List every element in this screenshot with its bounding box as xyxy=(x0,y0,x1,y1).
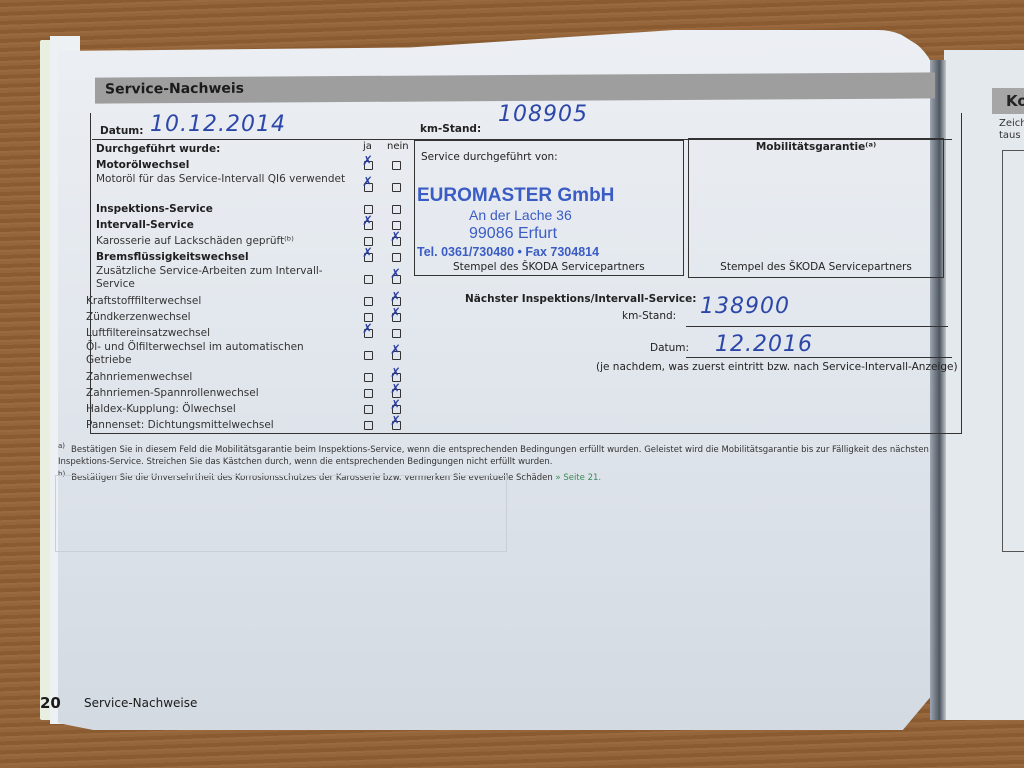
page-link[interactable]: » Seite 21. xyxy=(555,473,601,483)
service-box-caption: Stempel des ŠKODA Servicepartners xyxy=(453,261,645,273)
next-datum-label: Datum: xyxy=(650,342,689,354)
next-service-heading: Nächster Inspektions/Intervall-Service: xyxy=(465,293,696,305)
checkbox-nein[interactable] xyxy=(392,221,401,230)
checkbox-nein[interactable] xyxy=(392,161,401,170)
checklist-item: Öl- und Ölfilterwechsel im automatischen… xyxy=(86,341,416,369)
checklist-item: Motoröl für das Service-Intervall QI6 ve… xyxy=(86,173,416,201)
checklist-item-label: Kraftstofffilterwechsel xyxy=(86,293,346,309)
checklist-item-label: Zahnriemen-Spannrollenwechsel xyxy=(86,385,346,401)
checkbox-nein[interactable] xyxy=(392,313,401,322)
checkbox-ja[interactable] xyxy=(364,161,373,170)
stamp-city: 99086 Erfurt xyxy=(469,225,557,243)
checkbox-ja[interactable] xyxy=(364,183,373,192)
checklist-item: Luftfiltereinsatzwechsel xyxy=(86,325,416,341)
service-box-label: Service durchgeführt von: xyxy=(421,151,558,163)
checkbox-ja[interactable] xyxy=(364,275,373,284)
checklist-item-label: Zahnriemenwechsel xyxy=(86,369,346,385)
stamp-company: EUROMASTER GmbH xyxy=(417,185,614,207)
section-header: Service-Nachweis xyxy=(95,72,935,103)
next-km-label: km-Stand: xyxy=(622,310,676,322)
checkbox-ja[interactable] xyxy=(364,389,373,398)
checklist-item-label: Motorölwechsel xyxy=(96,157,356,173)
next-service-note: (je nachdem, was zuerst eintritt bzw. na… xyxy=(596,361,958,373)
checkbox-ja[interactable] xyxy=(364,237,373,246)
mobility-guarantee-box: Mobilitätsgarantie⁽ᵃ⁾ Stempel des ŠKODA … xyxy=(688,138,944,278)
checkbox-nein[interactable] xyxy=(392,351,401,360)
checkbox-ja[interactable] xyxy=(364,421,373,430)
mobility-title: Mobilitätsgarantie⁽ᵃ⁾ xyxy=(689,141,943,153)
page-footer-title: Service-Nachweise xyxy=(84,696,197,710)
checkbox-nein[interactable] xyxy=(392,237,401,246)
checklist-item: Zahnriemenwechsel xyxy=(86,369,416,385)
checkbox-ja[interactable] xyxy=(364,253,373,262)
checkbox-ja[interactable] xyxy=(364,221,373,230)
checkbox-ja[interactable] xyxy=(364,297,373,306)
datum-label: Datum: xyxy=(100,125,143,137)
right-page-header: Ko xyxy=(992,88,1024,114)
checkbox-ja[interactable] xyxy=(364,329,373,338)
next-datum-value[interactable]: 12.2016 xyxy=(715,332,813,357)
mobility-caption: Stempel des ŠKODA Servicepartners xyxy=(689,261,943,273)
checklist-item: Haldex-Kupplung: Ölwechsel xyxy=(86,401,416,417)
checkbox-nein[interactable] xyxy=(392,389,401,398)
checkbox-ja[interactable] xyxy=(364,205,373,214)
checklist-item-label: Motoröl für das Service-Intervall QI6 ve… xyxy=(96,173,356,186)
service-stamp-box: Service durchgeführt von: EUROMASTER Gmb… xyxy=(414,140,684,276)
checklist-item-label: Karosserie auf Lackschäden geprüft⁽ᵇ⁾ xyxy=(96,233,356,249)
checklist-item: Kraftstofffilterwechsel xyxy=(86,293,416,309)
checklist-item-label: Pannenset: Dichtungsmittelwechsel xyxy=(86,417,346,433)
checklist-item-label: Öl- und Ölfilterwechsel im automatischen… xyxy=(86,341,346,367)
datum-value[interactable]: 10.12.2014 xyxy=(150,112,286,137)
stamp-phone: Tel. 0361/730480 • Fax 7304814 xyxy=(417,245,599,259)
checkbox-nein[interactable] xyxy=(392,275,401,284)
service-checklist: MotorölwechselMotoröl für das Service-In… xyxy=(86,141,416,433)
checklist-item: Bremsflüssigkeitswechsel xyxy=(86,249,416,265)
checklist-item: Zahnriemen-Spannrollenwechsel xyxy=(86,385,416,401)
checklist-item: Intervall-Service xyxy=(86,217,416,233)
checklist-item: Motorölwechsel xyxy=(86,157,416,173)
checklist-item-label: Zündkerzenwechsel xyxy=(86,309,346,325)
next-datum-line xyxy=(686,357,952,358)
checklist-item: Zusätzliche Service-Arbeiten zum Interva… xyxy=(86,265,416,293)
km-value[interactable]: 108905 xyxy=(498,102,588,127)
checkbox-nein[interactable] xyxy=(392,421,401,430)
checklist-item: Pannenset: Dichtungsmittelwechsel xyxy=(86,417,416,433)
checkbox-ja[interactable] xyxy=(364,373,373,382)
checklist-item-label: Bremsflüssigkeitswechsel xyxy=(96,249,356,265)
right-page-box xyxy=(1002,150,1024,552)
checklist-item-label: Inspektions-Service xyxy=(96,201,356,217)
stamp-street: An der Lache 36 xyxy=(469,207,572,223)
checkbox-ja[interactable] xyxy=(364,313,373,322)
checkbox-nein[interactable] xyxy=(392,297,401,306)
footnote-a: a)Bestätigen Sie in diesem Feld die Mobi… xyxy=(58,440,958,468)
right-page-text: Zeichtaus xyxy=(999,118,1024,142)
checkbox-nein[interactable] xyxy=(392,183,401,192)
checkbox-nein[interactable] xyxy=(392,373,401,382)
checkbox-ja[interactable] xyxy=(364,405,373,414)
checklist-item-label: Intervall-Service xyxy=(96,217,356,233)
checklist-item-label: Zusätzliche Service-Arbeiten zum Interva… xyxy=(96,265,356,291)
show-through-box xyxy=(55,475,507,552)
km-label: km-Stand: xyxy=(420,123,481,135)
page-number: 20 xyxy=(40,694,61,712)
checkbox-nein[interactable] xyxy=(392,205,401,214)
checkbox-nein[interactable] xyxy=(392,253,401,262)
next-km-value[interactable]: 138900 xyxy=(700,294,790,319)
checkbox-nein[interactable] xyxy=(392,405,401,414)
checkbox-nein[interactable] xyxy=(392,329,401,338)
checklist-item-label: Haldex-Kupplung: Ölwechsel xyxy=(86,401,346,417)
checkbox-ja[interactable] xyxy=(364,351,373,360)
checklist-item-label: Luftfiltereinsatzwechsel xyxy=(86,325,346,341)
next-km-line xyxy=(686,326,948,327)
